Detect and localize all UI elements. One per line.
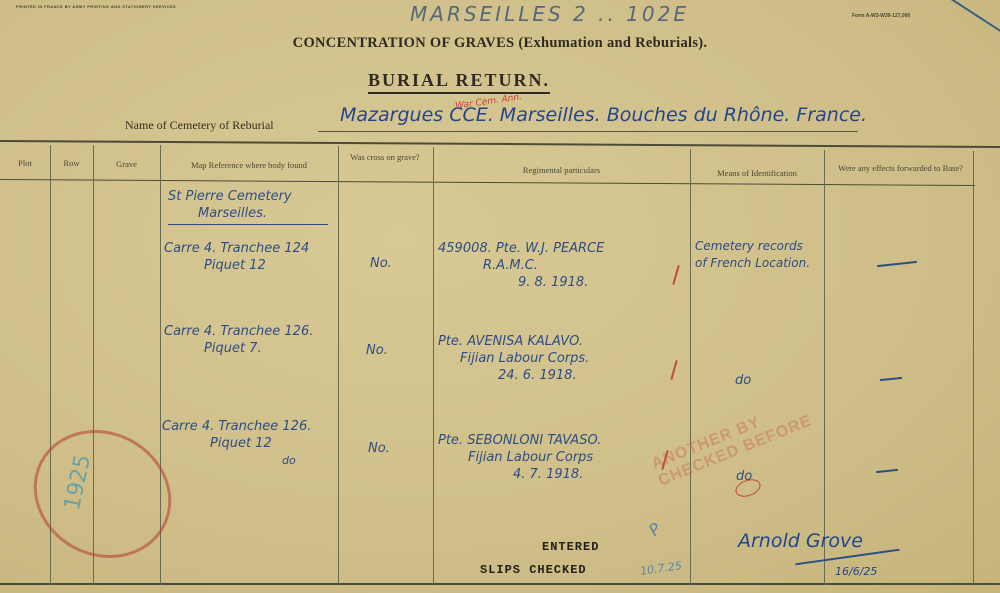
regimental-line: 24. 6. 1918. [438,367,688,384]
table-row-2-map-ref: Carre 4. Tranchee 126. Piquet 7. [164,323,334,357]
header-regimental: Regimental particulars [433,165,690,176]
regimental-line: 4. 7. 1918. [438,466,688,483]
regimental-line: 459008. Pte. W.J. PEARCE [438,240,688,257]
origin-cemetery-heading: St Pierre Cemetery Marseilles. [168,188,328,225]
identification-line: of French Location. [695,255,823,272]
map-ref-line: Piquet 7. [164,340,334,357]
table-row-3-cross: No. [368,440,390,457]
table-row-2-regimental: Pte. AVENISA KALAVO. Fijian Labour Corps… [438,333,688,384]
header-bottom-rule [0,179,975,186]
regimental-line: Pte. SEBONLONI TAVASO. [438,432,688,449]
header-grave: Grave [93,159,160,170]
signature: Arnold Grove [738,530,863,552]
header-map-reference: Map Reference where body found [160,160,338,171]
col-divider [338,146,339,585]
table-row-2-identification: do [735,372,751,389]
corner-mark [944,0,1000,34]
table-top-rule [0,140,1000,148]
document-title: CONCENTRATION OF GRAVES (Exhumation and … [0,35,1000,52]
map-ref-line: Carre 4. Tranchee 124 [164,240,334,257]
table-row-3-map-ref: Carre 4. Tranchee 126. Piquet 12 do [162,418,334,469]
table-row-1-effects-dash [877,261,917,267]
header-effects: Were any effects forwarded to Base? [828,163,973,174]
regimental-line: 9. 8. 1918. [438,274,688,291]
table-row-3-effects-dash [876,469,898,473]
table-row-2-cross: No. [366,342,388,359]
printer-imprint: Printed in France by Army Printing and S… [16,4,176,9]
initials-mark: P [645,519,665,540]
header-row: Row [50,158,93,169]
table-row-1-regimental: 459008. Pte. W.J. PEARCE R.A.M.C. 9. 8. … [438,240,688,291]
identification-line: Cemetery records [695,238,823,255]
col-divider [973,151,974,585]
col-divider [433,147,434,585]
header-plot: Plot [0,158,50,169]
map-ref-line: Carre 4. Tranchee 126. [162,418,334,435]
form-number: Form A-W3-W39-127,000 [852,13,910,19]
map-ref-line: Carre 4. Tranchee 126. [164,323,334,340]
origin-line-2: Marseilles. [168,205,328,222]
cemetery-label: Name of Cemetery of Reburial [125,118,274,133]
signature-date: 16/6/25 [835,565,877,578]
map-ref-line: Piquet 12 [162,435,334,452]
regimental-line: Pte. AVENISA KALAVO. [438,333,688,350]
initials-date: 10.7.25 [639,559,682,578]
slips-checked-stamp: SLIPS CHECKED [480,563,587,577]
regimental-line: Fijian Labour Corps. [438,350,688,367]
cemetery-underline [318,131,858,132]
document-page: Printed in France by Army Printing and S… [0,0,1000,593]
table-row-1-cross: No. [370,255,392,272]
table-row-2-effects-dash [880,377,902,381]
origin-line-1: St Pierre Cemetery [168,188,328,205]
map-ref-line: Piquet 12 [164,257,334,274]
map-ref-line: do [162,452,334,469]
header-identification: Means of Identification [690,168,824,179]
reference-code: MARSEILLES 2 .. 102E [410,2,689,26]
col-divider [824,150,825,585]
table-row-1-map-ref: Carre 4. Tranchee 124 Piquet 12 [164,240,334,274]
table-row-1-identification: Cemetery records of French Location. [695,238,823,272]
col-divider [690,149,691,585]
entered-stamp: ENTERED [542,540,599,554]
regimental-line: R.A.M.C. [438,257,688,274]
table-bottom-rule [0,583,1000,585]
document-subtitle: BURIAL RETURN. [368,70,550,94]
cemetery-value: Mazargues CCE. Marseilles. Bouches du Rh… [340,104,867,126]
header-cross: Was cross on grave? [345,152,425,163]
